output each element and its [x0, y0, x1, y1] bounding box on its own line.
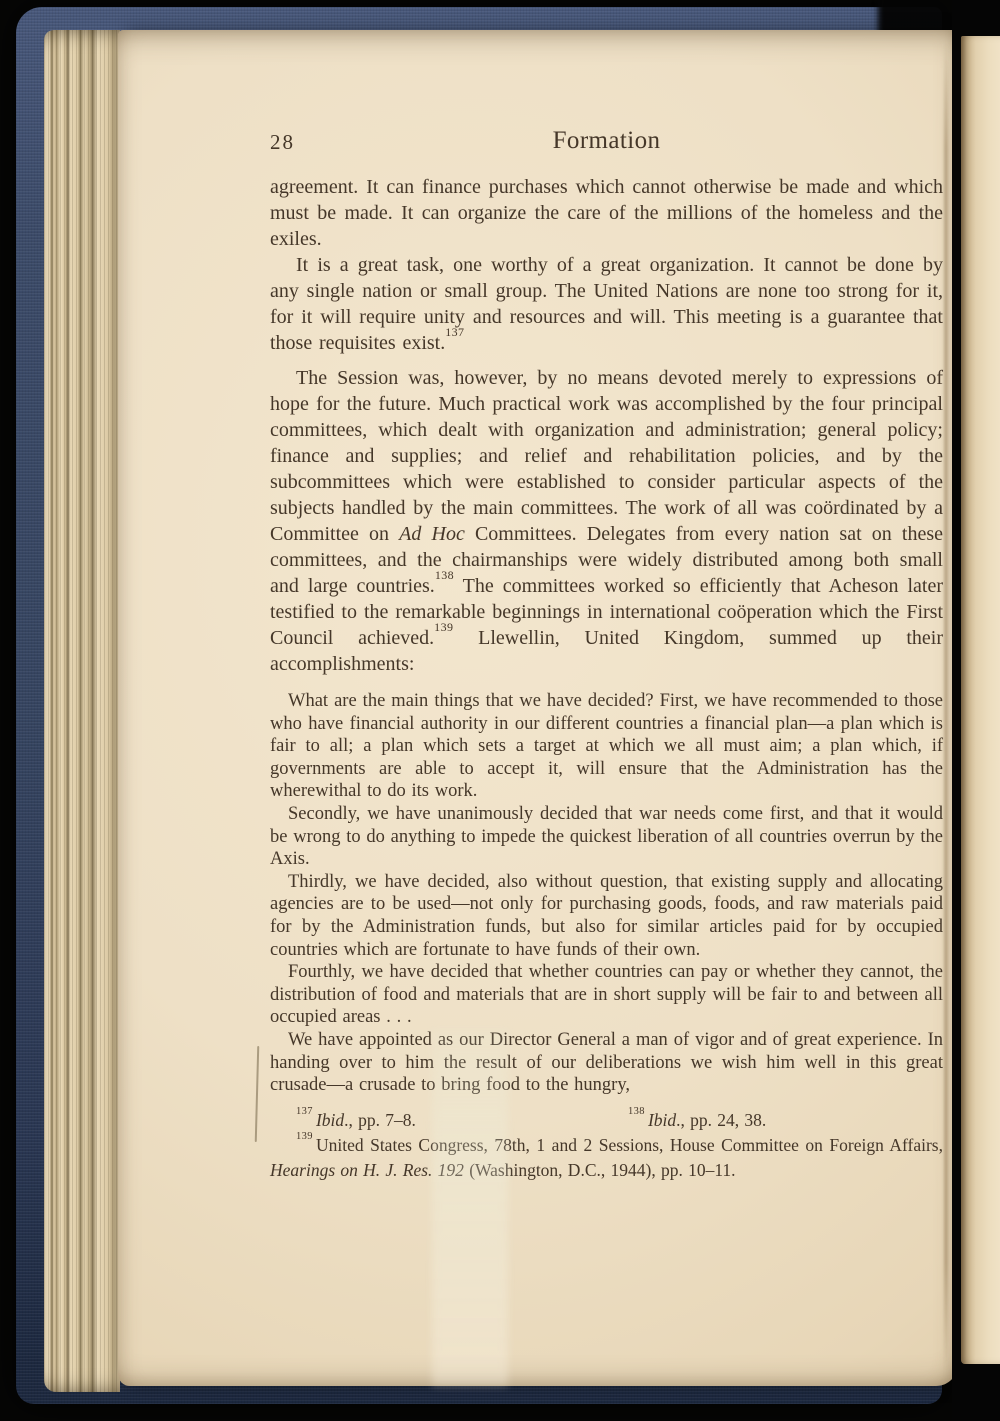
body-text: agreement. It can finance purchases whic… — [270, 174, 943, 677]
footnote-reference: 139 — [434, 620, 453, 634]
footnote-text: ., pp. 7–8. — [344, 1110, 416, 1130]
quote-paragraph: Thirdly, we have decided, also without q… — [270, 871, 943, 961]
quote-paragraph: Fourthly, we have decided that whether c… — [270, 961, 943, 1029]
photo-backdrop: 28 Formation agreement. It can finance p… — [0, 0, 1000, 1421]
paragraph-continuation: agreement. It can finance purchases whic… — [270, 174, 943, 252]
paragraph-text: It is a great task, one worthy of a grea… — [270, 254, 943, 354]
footnote: 139United States Congress, 78th, 1 and 2… — [270, 1133, 943, 1183]
paragraph-text: The Session was, however, by no means de… — [270, 367, 943, 545]
paragraph: The Session was, however, by no means de… — [270, 365, 943, 677]
footnote-reference: 138 — [435, 568, 454, 582]
footnote-italic: Ibid — [648, 1110, 676, 1130]
footnote-text: ., pp. 24, 38. — [676, 1110, 766, 1130]
footnote-italic: Ibid — [316, 1110, 344, 1130]
quote-paragraph: Secondly, we have unanimously decided th… — [270, 803, 943, 871]
running-head: 28 Formation — [270, 130, 943, 160]
paragraph: It is a great task, one worthy of a grea… — [270, 252, 943, 356]
light-reflection — [432, 1030, 508, 1386]
footnotes: 137Ibid., pp. 7–8. 138Ibid., pp. 24, 38.… — [270, 1108, 943, 1183]
footnote-marker: 137 — [296, 1106, 313, 1117]
footnote-marker: 138 — [628, 1106, 645, 1117]
italic-phrase: Ad Hoc — [399, 523, 465, 545]
footnote-reference: 137 — [445, 325, 464, 339]
book-page: 28 Formation agreement. It can finance p… — [118, 30, 958, 1386]
running-title: Formation — [270, 127, 943, 155]
footnote-marker: 139 — [296, 1131, 313, 1142]
gutter-crease — [944, 44, 948, 1370]
footnote-text: United States Congress, 78th, 1 and 2 Se… — [316, 1135, 943, 1155]
block-quote: What are the main things that we have de… — [270, 690, 943, 1097]
stacked-page-edges — [44, 30, 120, 1392]
facing-page-edge — [961, 36, 1000, 1364]
footnote-row: 137Ibid., pp. 7–8. 138Ibid., pp. 24, 38. — [270, 1108, 943, 1133]
quote-paragraph: We have appointed as our Director Genera… — [270, 1029, 943, 1097]
footnote: 138Ibid., pp. 24, 38. — [628, 1108, 943, 1133]
quote-paragraph: What are the main things that we have de… — [270, 690, 943, 803]
